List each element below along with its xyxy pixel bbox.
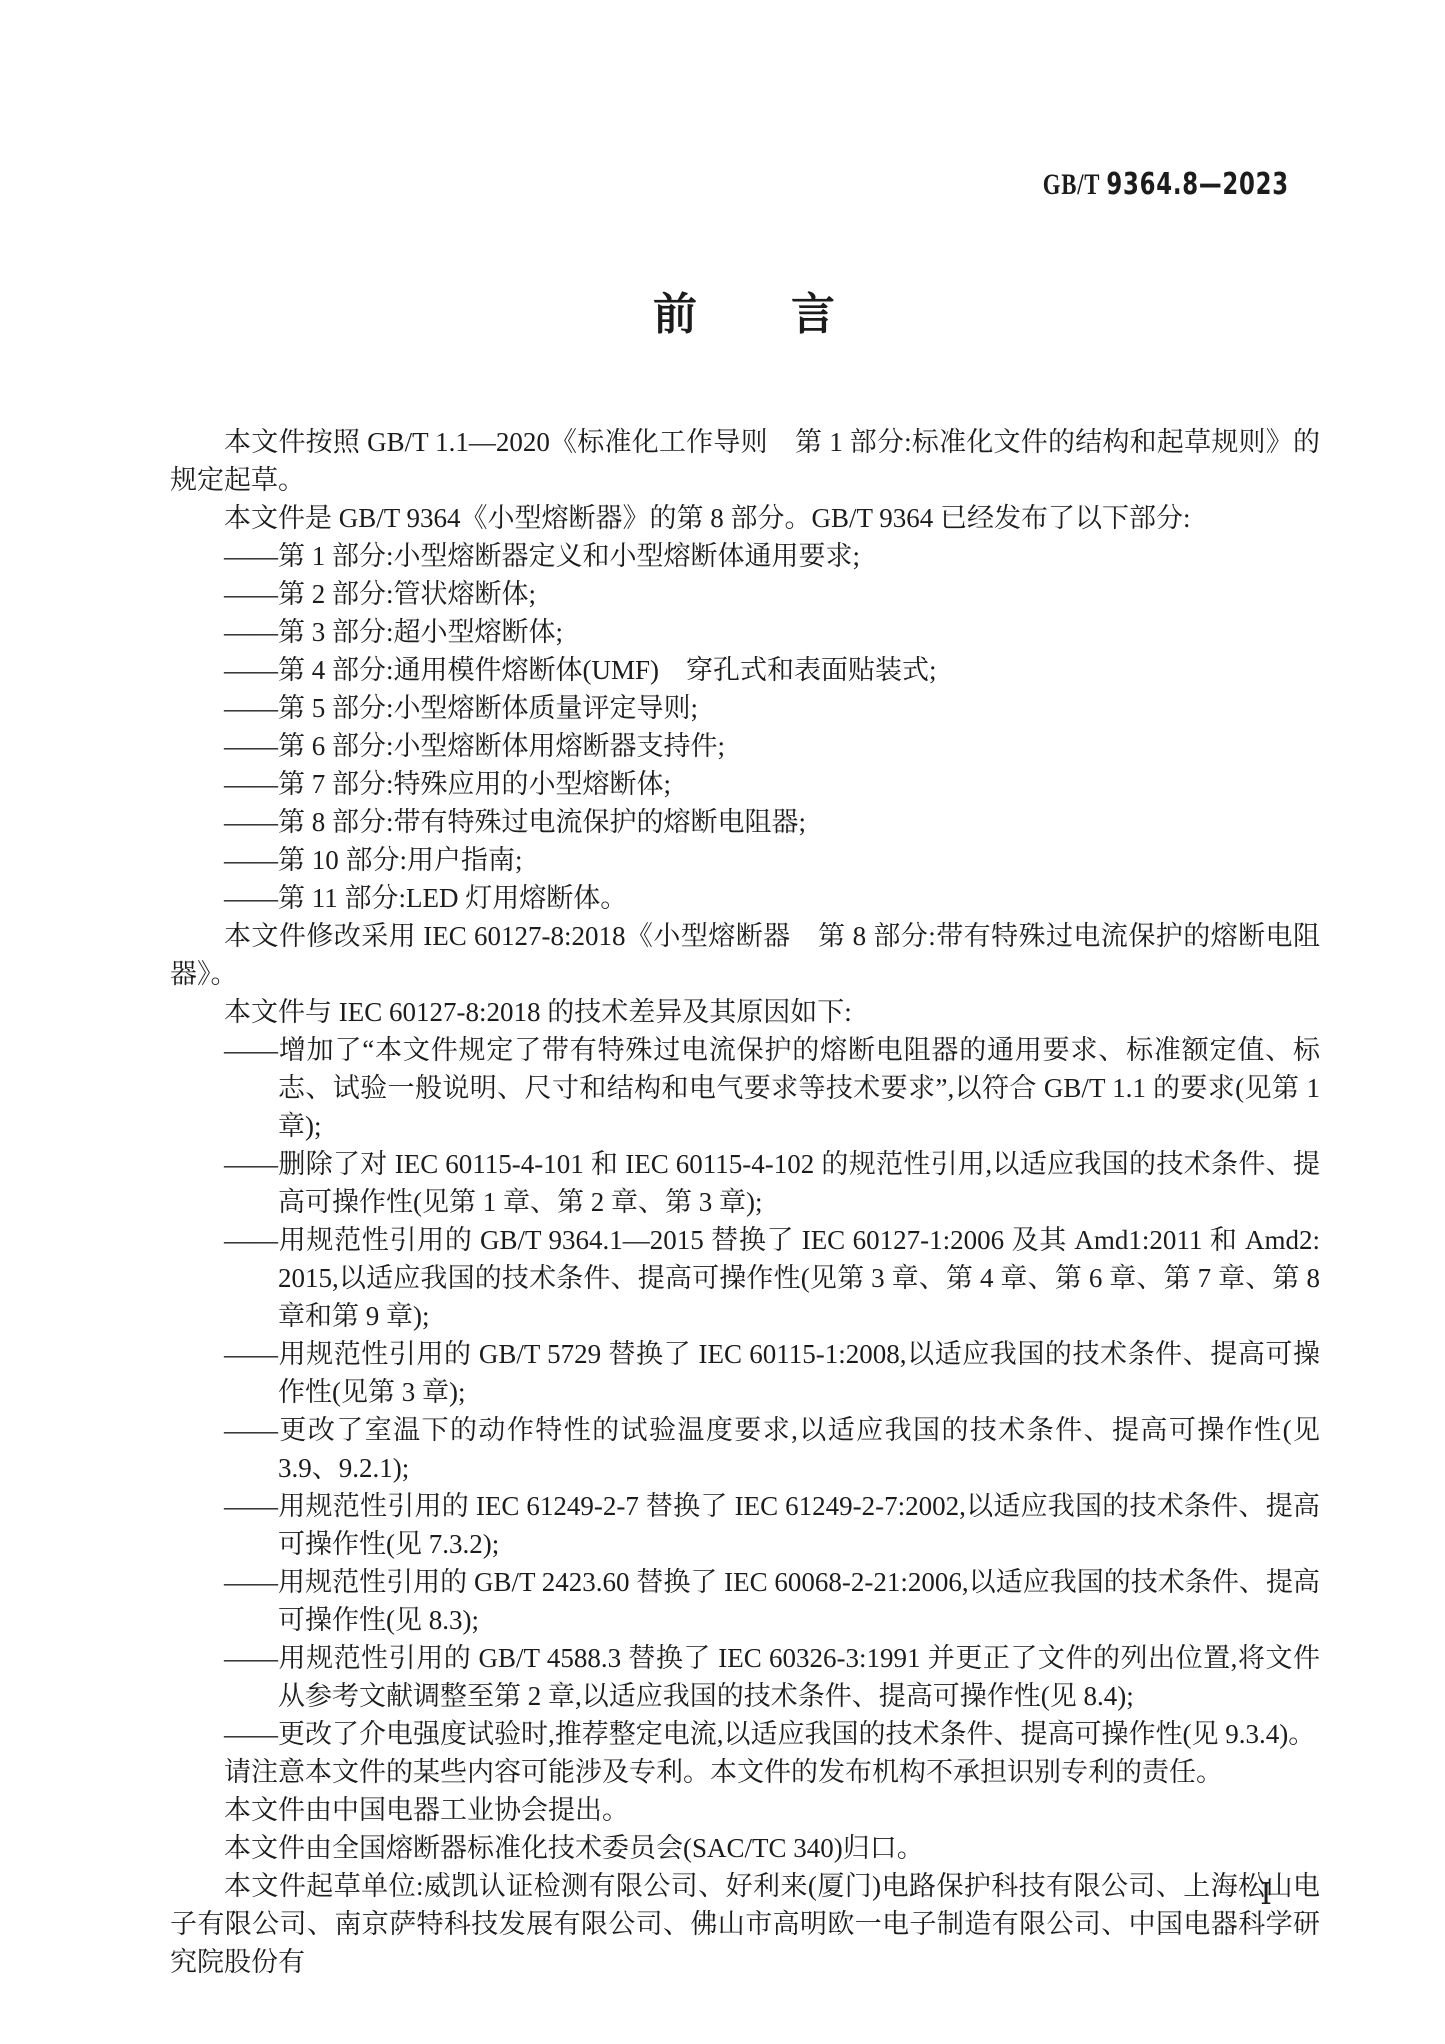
list-item: ——用规范性引用的 GB/T 9364.1—2015 替换了 IEC 60127… bbox=[170, 1221, 1320, 1335]
list-item: ——更改了室温下的动作特性的试验温度要求,以适应我国的技术条件、提高可操作性(见… bbox=[170, 1411, 1320, 1487]
paragraph: 本文件修改采用 IEC 60127-8:2018《小型熔断器 第 8 部分:带有… bbox=[170, 917, 1320, 993]
paragraph: 本文件是 GB/T 9364《小型熔断器》的第 8 部分。GB/T 9364 已… bbox=[170, 499, 1320, 537]
list-item: ——第 10 部分:用户指南; bbox=[170, 841, 1320, 879]
paragraph: 本文件由中国电器工业协会提出。 bbox=[170, 1791, 1320, 1829]
list-item: ——第 5 部分:小型熔断体质量评定导则; bbox=[170, 689, 1320, 727]
list-item: ——第 1 部分:小型熔断器定义和小型熔断体通用要求; bbox=[170, 537, 1320, 575]
page-number: Ⅰ bbox=[1260, 1880, 1272, 1910]
list-item: ——第 7 部分:特殊应用的小型熔断体; bbox=[170, 765, 1320, 803]
list-item: ——第 2 部分:管状熔断体; bbox=[170, 575, 1320, 613]
list-item: ——增加了“本文件规定了带有特殊过电流保护的熔断电阻器的通用要求、标准额定值、标… bbox=[170, 1031, 1320, 1145]
paragraph: 本文件按照 GB/T 1.1—2020《标准化工作导则 第 1 部分:标准化文件… bbox=[170, 423, 1320, 499]
list-item: ——用规范性引用的 IEC 61249-2-7 替换了 IEC 61249-2-… bbox=[170, 1487, 1320, 1563]
foreword-body: 本文件按照 GB/T 1.1—2020《标准化工作导则 第 1 部分:标准化文件… bbox=[170, 423, 1320, 1981]
list-item: ——第 4 部分:通用模件熔断体(UMF) 穿孔式和表面贴装式; bbox=[170, 651, 1320, 689]
standard-code-number: 9364.8—2023 bbox=[1106, 167, 1289, 202]
paragraph: 本文件与 IEC 60127-8:2018 的技术差异及其原因如下: bbox=[170, 993, 1320, 1031]
list-item: ——用规范性引用的 GB/T 5729 替换了 IEC 60115-1:2008… bbox=[170, 1335, 1320, 1411]
list-item: ——第 8 部分:带有特殊过电流保护的熔断电阻器; bbox=[170, 803, 1320, 841]
list-item: ——用规范性引用的 GB/T 2423.60 替换了 IEC 60068-2-2… bbox=[170, 1563, 1320, 1639]
list-item: ——用规范性引用的 GB/T 4588.3 替换了 IEC 60326-3:19… bbox=[170, 1639, 1320, 1715]
list-item: ——第 11 部分:LED 灯用熔断体。 bbox=[170, 879, 1320, 917]
document-page: GB/T 9364.8—2023 前 言 本文件按照 GB/T 1.1—2020… bbox=[0, 0, 1445, 2044]
list-item: ——更改了介电强度试验时,推荐整定电流,以适应我国的技术条件、提高可操作性(见 … bbox=[170, 1715, 1320, 1753]
standard-code-prefix: GB/T bbox=[1043, 168, 1100, 201]
paragraph: 本文件由全国熔断器标准化技术委员会(SAC/TC 340)归口。 bbox=[170, 1829, 1320, 1867]
list-item: ——第 3 部分:超小型熔断体; bbox=[170, 613, 1320, 651]
page-title: 前 言 bbox=[170, 290, 1320, 341]
standard-code: GB/T 9364.8—2023 bbox=[1043, 170, 1289, 200]
list-item: ——第 6 部分:小型熔断体用熔断器支持件; bbox=[170, 727, 1320, 765]
list-item: ——删除了对 IEC 60115-4-101 和 IEC 60115-4-102… bbox=[170, 1145, 1320, 1221]
paragraph: 本文件起草单位:威凯认证检测有限公司、好利来(厦门)电路保护科技有限公司、上海松… bbox=[170, 1867, 1320, 1981]
paragraph: 请注意本文件的某些内容可能涉及专利。本文件的发布机构不承担识别专利的责任。 bbox=[170, 1753, 1320, 1791]
